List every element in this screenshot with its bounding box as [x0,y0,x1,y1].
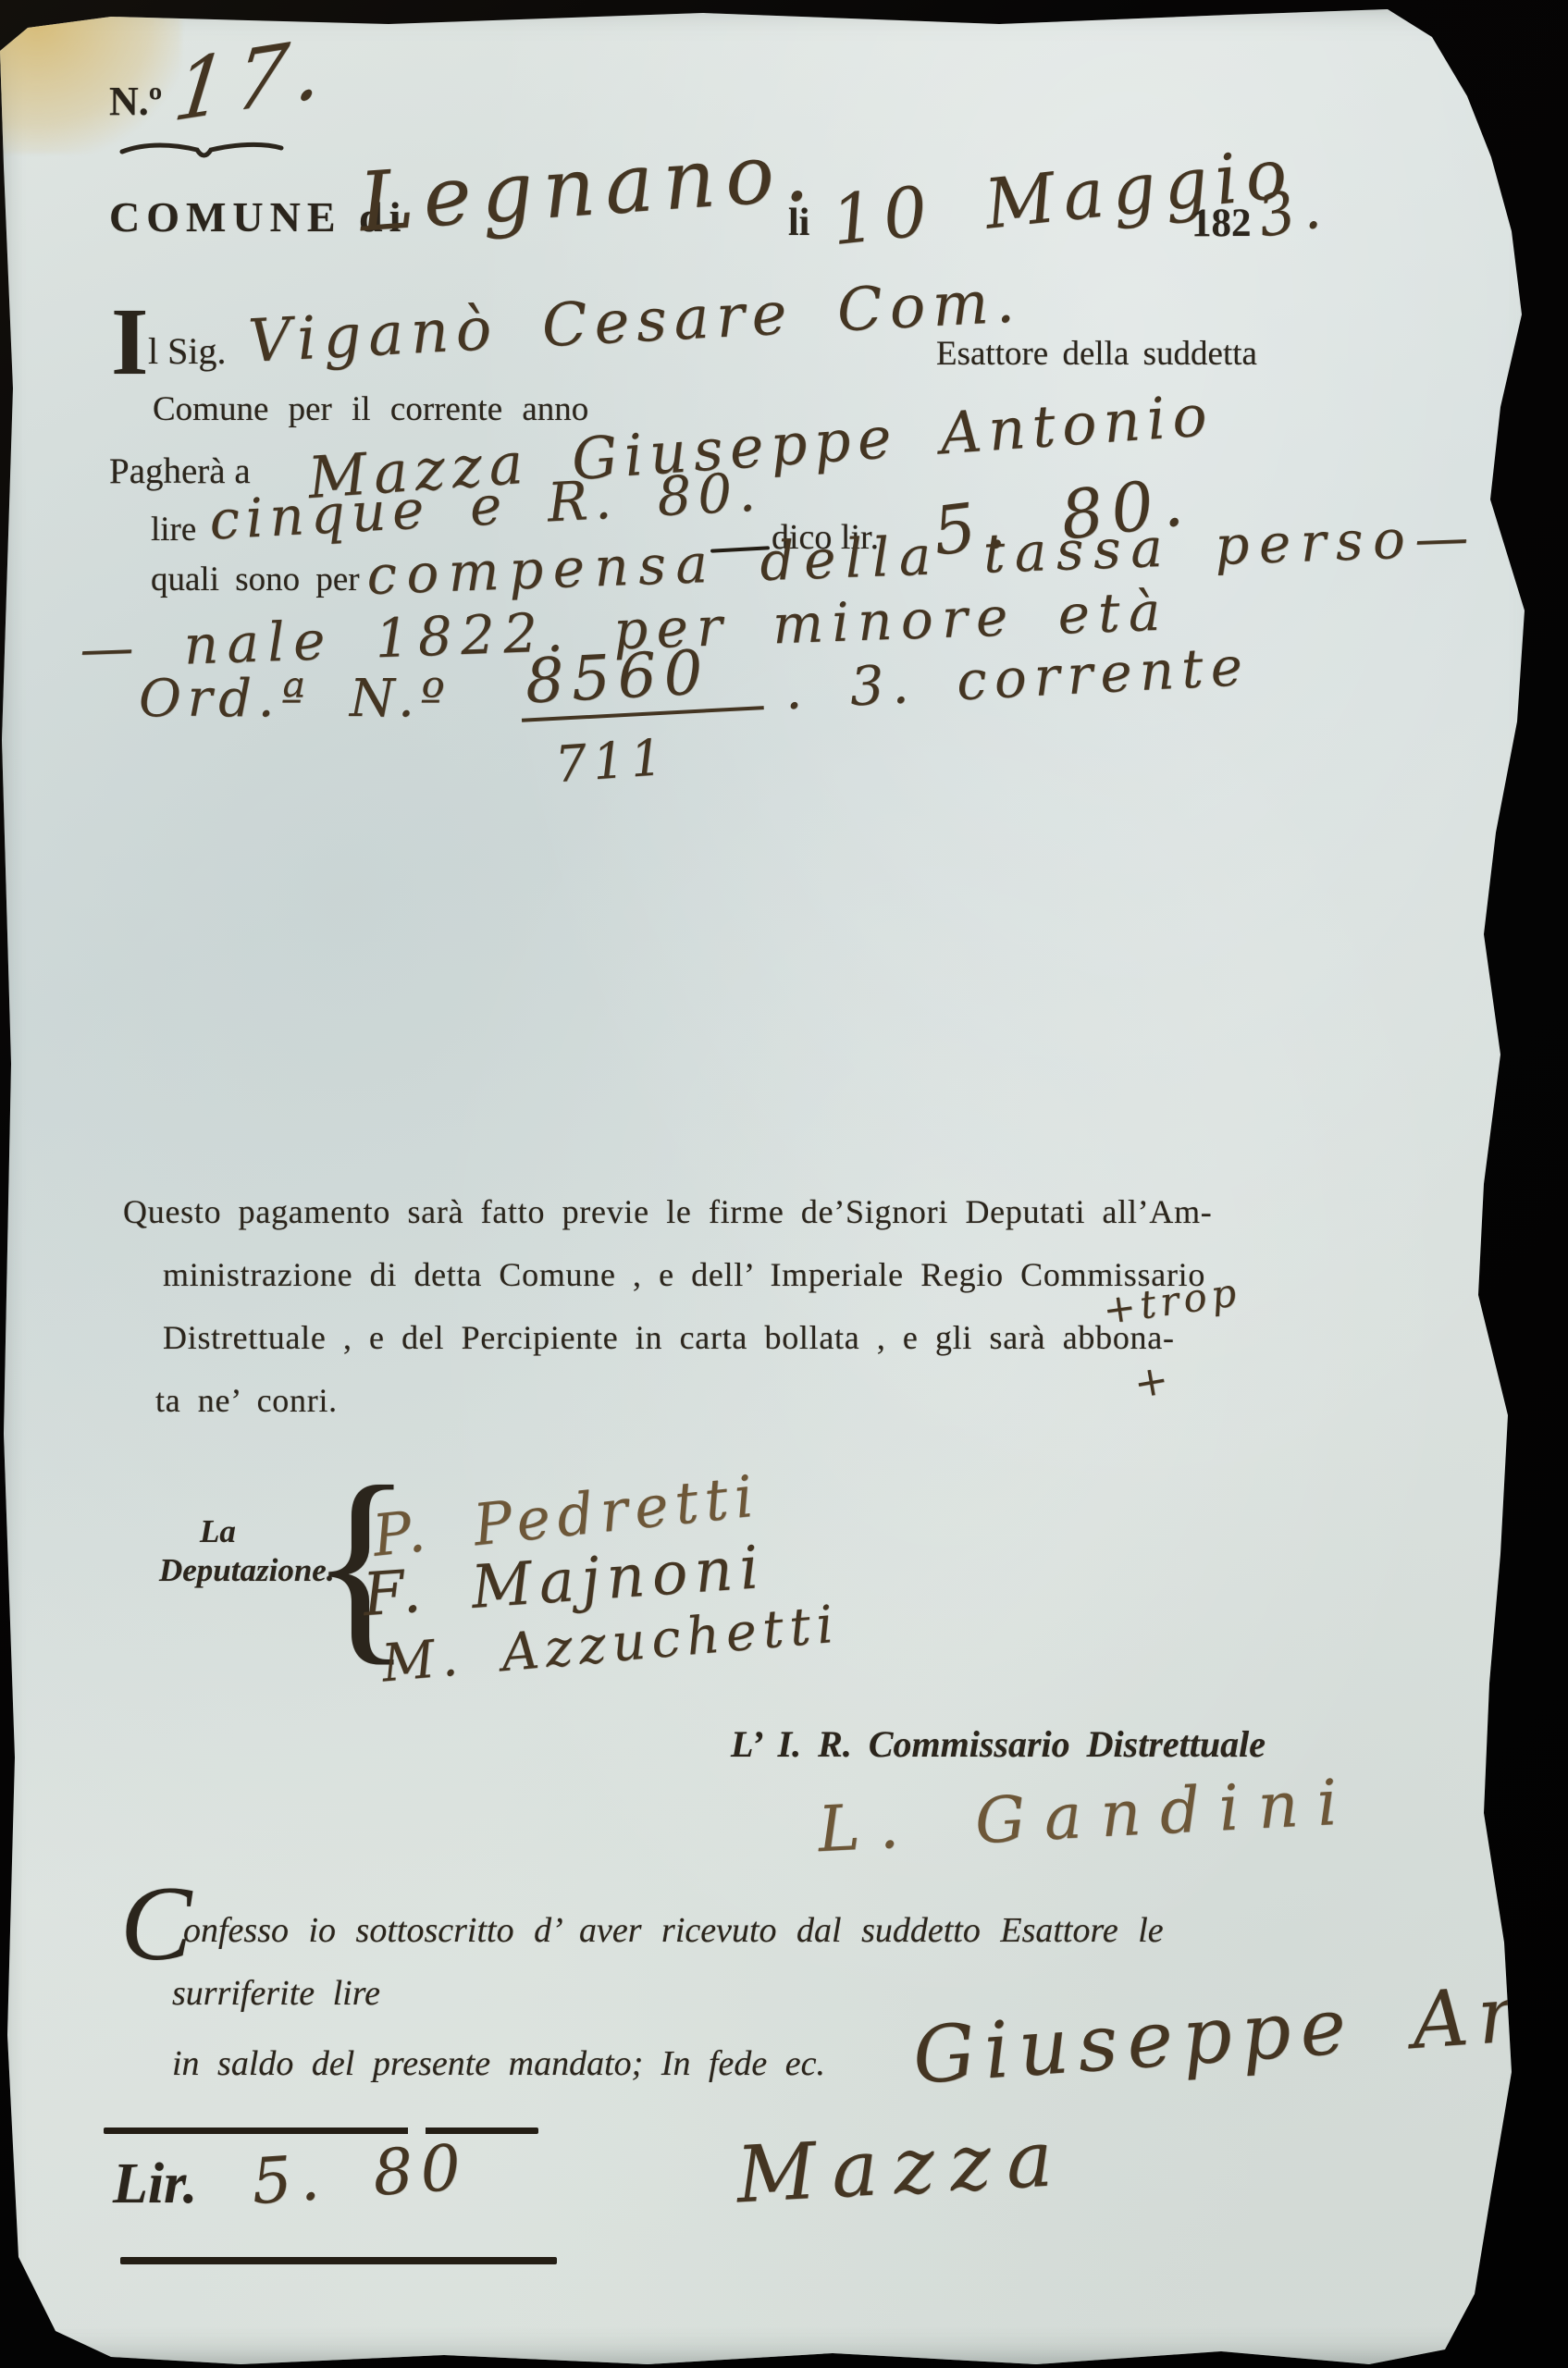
document-number-value: 17. [169,25,337,134]
payer-name-handwritten: Viganò Cesare Com. [247,272,1023,372]
lire-label: lire [151,512,196,547]
paper-sheet: N.º 17. COMUNE di Legnano. li 10 Maggio … [0,0,1568,2368]
confesso-line3: in saldo del presente mandato; In fede e… [172,2046,825,2081]
esattore-text: Esattore della suddetta [936,337,1257,371]
receipt-signature-line1: Giuseppe Antonio [910,1956,1568,2095]
comune-line: Comune per il corrente anno [153,392,588,426]
total-value-handwritten: 5. 80 [250,2137,470,2214]
document-number-label: N.º [109,81,162,122]
quali-label: quali sono per [151,562,360,597]
insertion-caret-handwritten: + [1131,1359,1177,1406]
date-year-handwritten: 3. [1253,178,1331,246]
commissario-signature: L. Gandini [817,1771,1358,1862]
paragraph-line3: Distrettuale , e del Percipiente in cart… [163,1321,1175,1354]
drop-initial-I: I [111,294,148,390]
confesso-line1: onfesso io sottoscritto d’ aver ricevuto… [183,1913,1164,1948]
date-li-label: li [788,203,809,242]
paghera-label: Pagherà a [109,453,251,489]
total-rule-top [104,2127,538,2134]
commissario-title: L’ I. R. Commissario Distrettuale [731,1726,1266,1763]
receipt-signature-line2: Mazza [735,2119,1070,2214]
paragraph-line4: ta ne’ conri. [155,1384,338,1417]
ref-number-handwritten: 8560 [518,639,763,722]
sig-label: l Sig. [148,333,226,370]
confesso-drop-initial: C [120,1870,191,1978]
ref-denominator-handwritten: 711 [553,733,670,790]
commune-value: Legnano. [357,130,821,243]
flourish-underline [118,137,285,166]
scanned-document-page: N.º 17. COMUNE di Legnano. li 10 Maggio … [0,0,1568,2368]
ord-label-handwritten: Ord.ª N.º [139,673,451,725]
total-label: Lir. [113,2155,197,2213]
date-year-printed: 182 [1191,203,1252,243]
paragraph-line1: Questo pagamento sarà fatto previe le fi… [123,1195,1213,1228]
confesso-line2: surriferite lire [172,1976,380,2011]
deputazione-label-line1: La [200,1515,236,1548]
total-rule-bottom [120,2257,557,2264]
paragraph-line2: ministrazione di detta Comune , e dell’ … [163,1258,1205,1291]
paper-stain [0,0,181,154]
